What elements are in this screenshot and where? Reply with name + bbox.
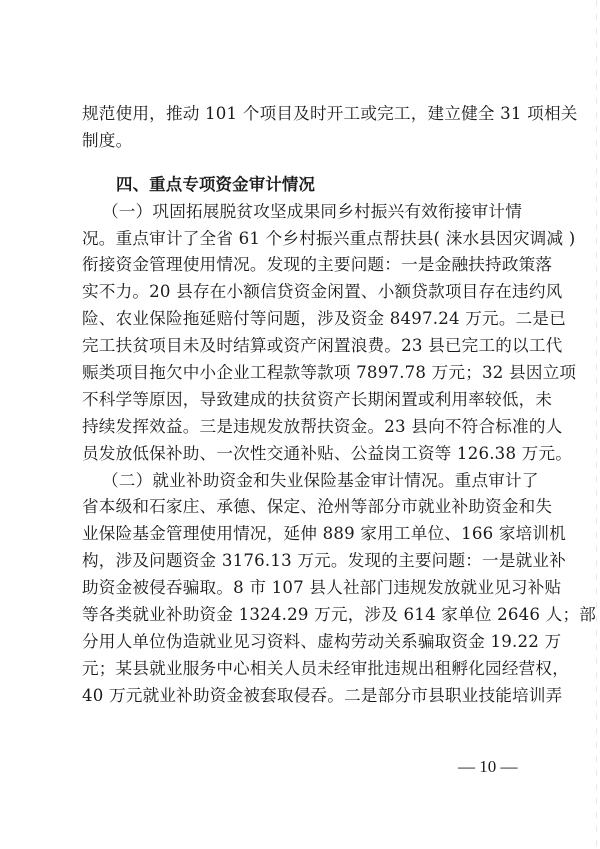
paragraph-line: 衔接资金管理使用情况。发现的主要问题：一是金融扶持政策落 xyxy=(82,252,522,279)
paragraph-line: 险、农业保险拖延赔付等问题，涉及资金 8497.24 万元。二是已 xyxy=(82,306,522,333)
paragraph-line: 40 万元就业补助资金被套取侵吞。二是部分市县职业技能培训弄 xyxy=(82,683,522,710)
paragraph-line: 元；某县就业服务中心相关人员未经审批违规出租孵化园经营权， xyxy=(82,656,522,683)
subsection-heading-line: （一）巩固拓展脱贫攻坚成果同乡村振兴有效衔接审计情 xyxy=(82,199,522,226)
paragraph-line: 况。重点审计了全省 61 个乡村振兴重点帮扶县( 涞水县因灾调减 ) xyxy=(82,226,522,253)
paragraph-line: 赈类项目拖欠中小企业工程款等款项 7897.78 万元；32 县因立项 xyxy=(82,360,522,387)
paragraph-line: 省本级和石家庄、承德、保定、沧州等部分市就业补助资金和失 xyxy=(82,494,522,521)
paragraph-line: 持续发挥效益。三是违规发放帮扶资金。23 县向不符合标准的人 xyxy=(82,414,522,441)
subsection-heading-line: （二）就业补助资金和失业保险基金审计情况。重点审计了 xyxy=(82,468,522,495)
paragraph-line: 制度。 xyxy=(82,128,522,155)
paragraph-line: 分用人单位伪造就业见习资料、虚构劳动关系骗取资金 19.22 万 xyxy=(82,629,522,656)
document-body: 规范使用，推动 101 个项目及时开工或完工，建立健全 31 项相关 制度。 四… xyxy=(82,101,522,710)
paragraph-line: 员发放低保补助、一次性交通补贴、公益岗工资等 126.38 万元。 xyxy=(82,441,522,468)
paragraph-line: 助资金被侵吞骗取。8 市 107 县人社部门违规发放就业见习补贴 xyxy=(82,575,522,602)
paragraph-line: 不科学等原因，导致建成的扶贫资产长期闲置或利用率较低，未 xyxy=(82,387,522,414)
section-heading: 四、重点专项资金审计情况 xyxy=(82,172,522,199)
document-page: 规范使用，推动 101 个项目及时开工或完工，建立健全 31 项相关 制度。 四… xyxy=(0,0,600,849)
paragraph-line: 规范使用，推动 101 个项目及时开工或完工，建立健全 31 项相关 xyxy=(82,101,522,128)
paragraph-line: 完工扶贫项目未及时结算或资产闲置浪费。23 县已完工的以工代 xyxy=(82,333,522,360)
paragraph-line: 等各类就业补助资金 1324.29 万元，涉及 614 家单位 2646 人；部 xyxy=(82,602,522,629)
page-number: — 10 — xyxy=(458,757,518,777)
paragraph-line: 构，涉及问题资金 3176.13 万元。发现的主要问题：一是就业补 xyxy=(82,548,522,575)
scan-edge-artifact xyxy=(596,0,597,849)
paragraph-line: 实不力。20 县存在小额信贷资金闲置、小额贷款项目存在违约风 xyxy=(82,279,522,306)
paragraph-line: 业保险基金管理使用情况，延伸 889 家用工单位、166 家培训机 xyxy=(82,521,522,548)
